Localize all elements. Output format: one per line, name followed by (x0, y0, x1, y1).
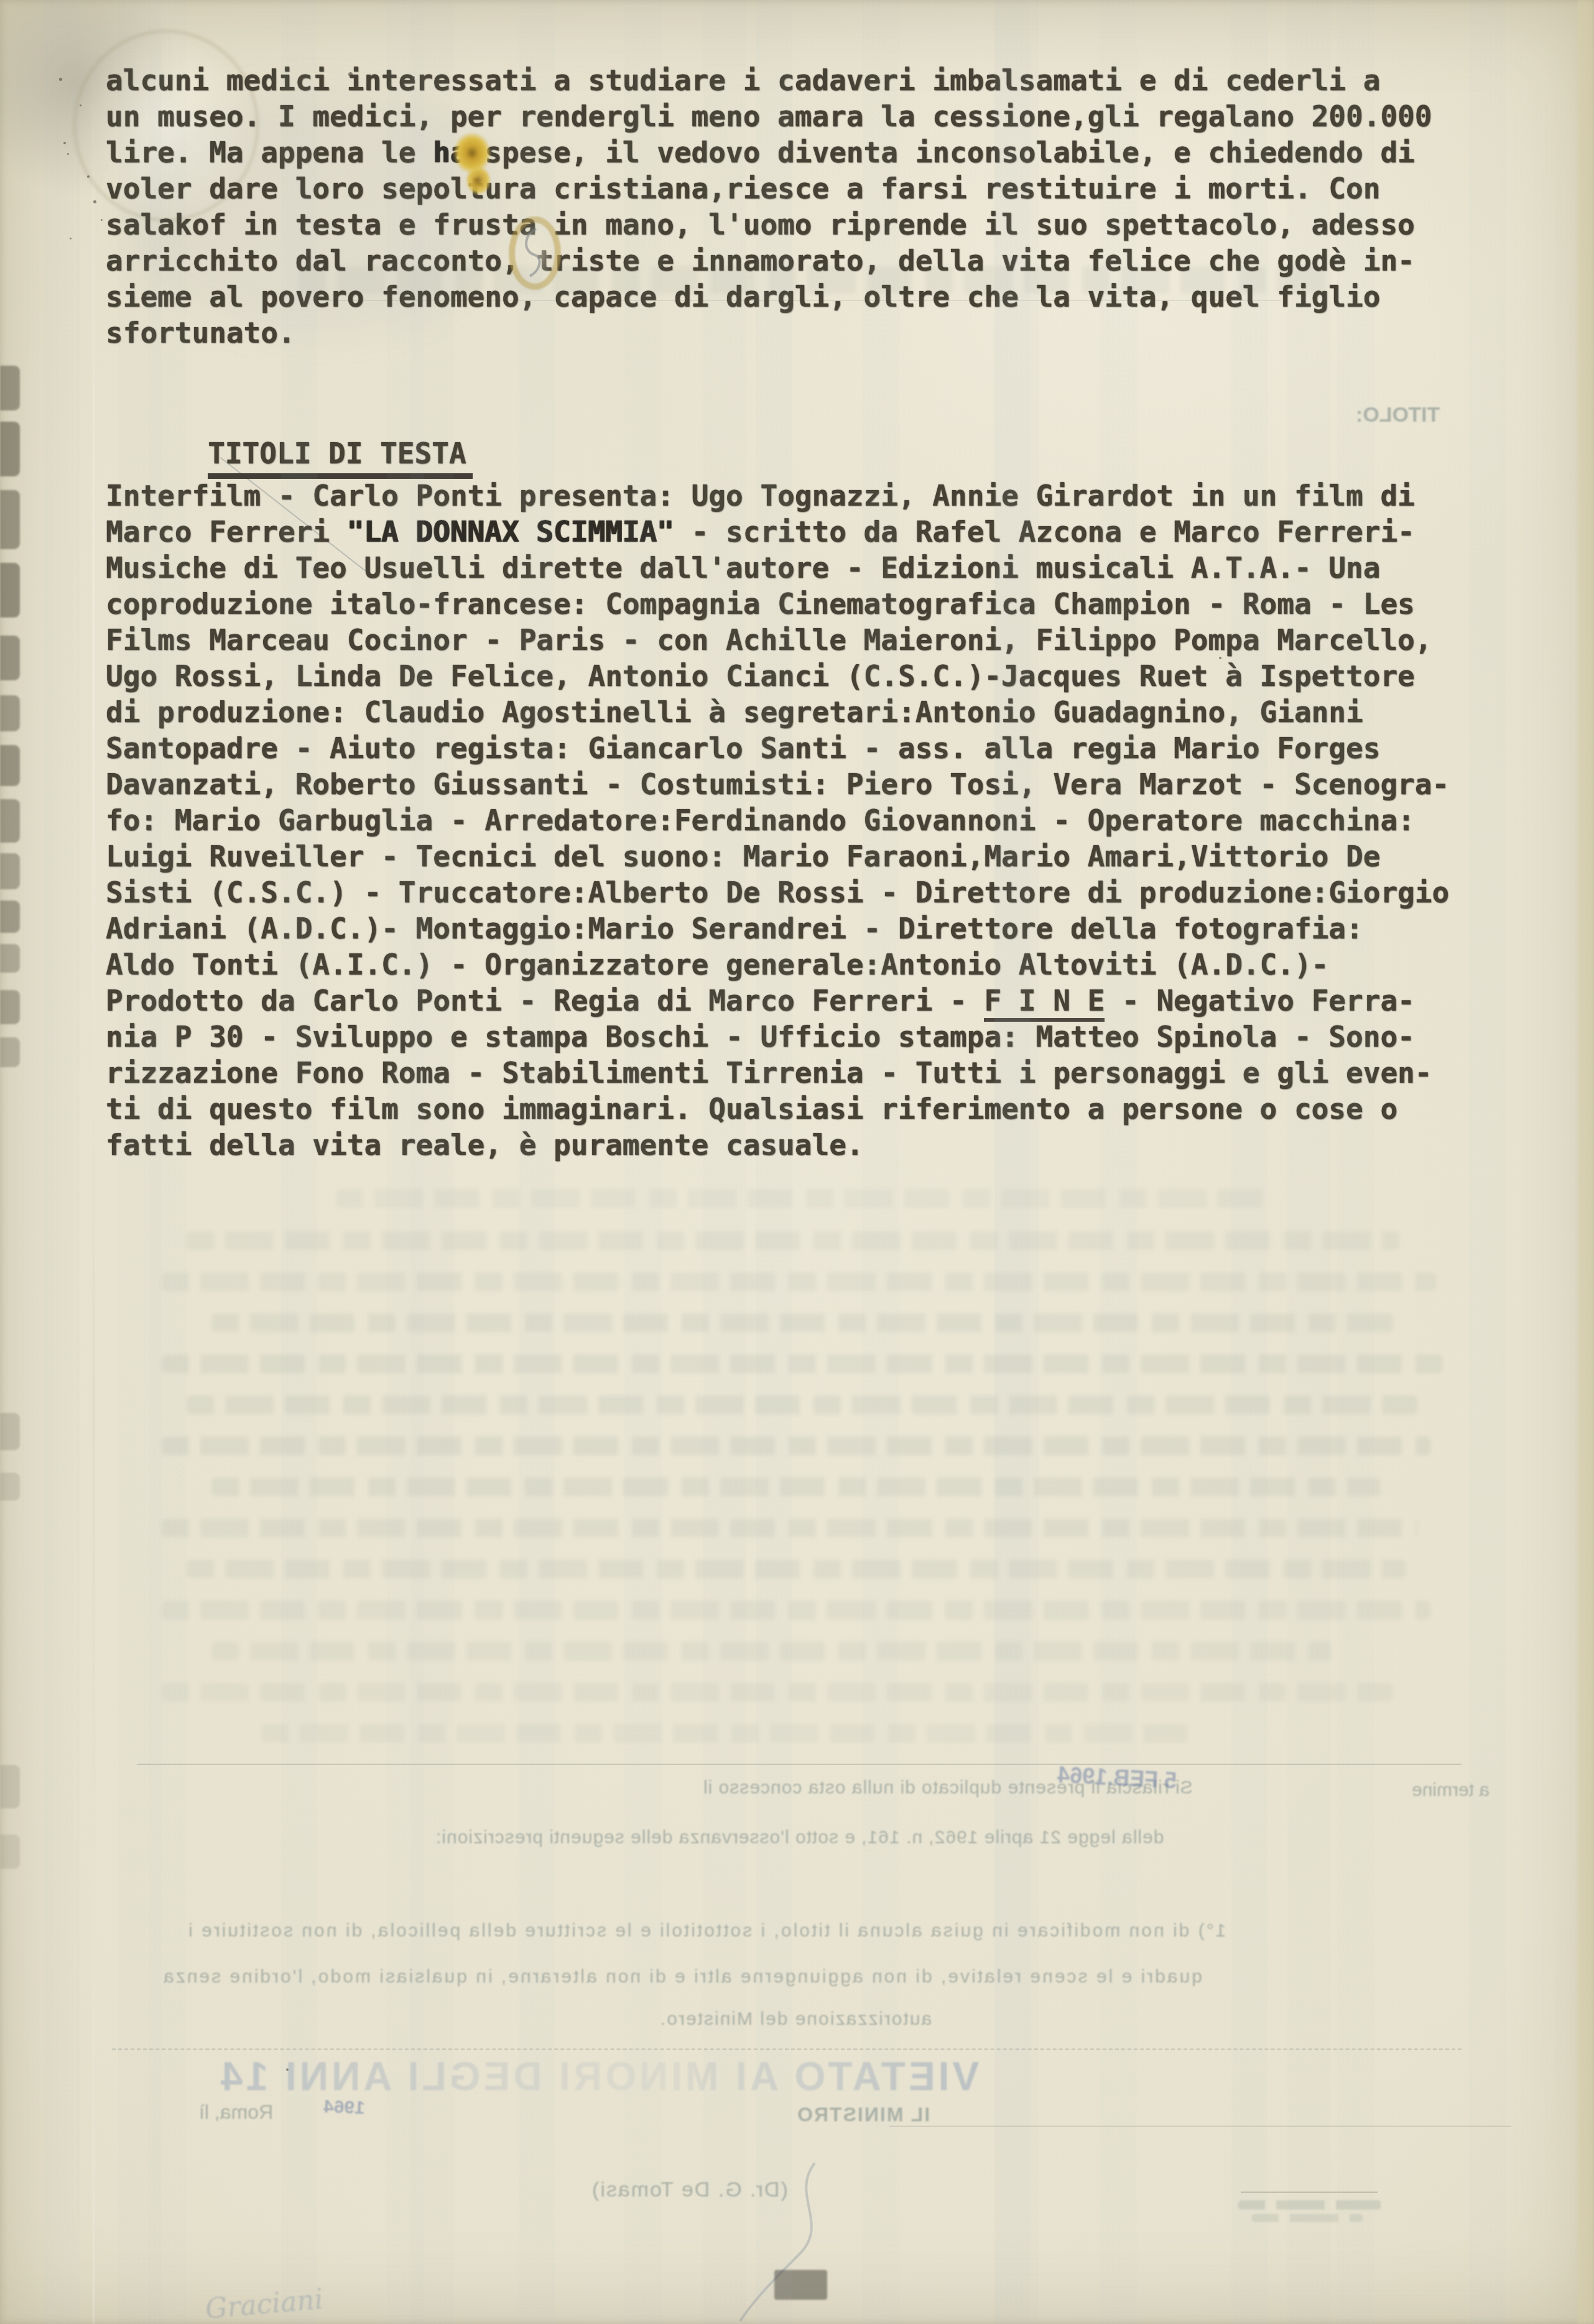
synopsis-line: sieme al povero fenomeno, capace di darg… (106, 279, 1432, 315)
synopsis-paragraph: alcuni medici interessati a studiare i c… (106, 62, 1432, 351)
credits-line: ti di questo film sono immaginari. Quals… (106, 1091, 1449, 1127)
credits-line: Interfilm - Carlo Ponti presenta: Ugo To… (106, 478, 1449, 514)
credits-line: coproduzione italo-francese: Compagnia C… (106, 586, 1449, 622)
credits-line: rizzazione Fono Roma - Stabilimenti Tirr… (106, 1055, 1449, 1091)
glue-stain-2 (465, 165, 491, 195)
synopsis-line: un museo. I medici, per rendergli meno a… (106, 98, 1432, 134)
credits-line: Santopadre - Aiuto regista: Giancarlo Sa… (106, 730, 1449, 766)
credits-line: Luigi Ruveiller - Tecnici del suono: Mar… (106, 838, 1449, 874)
credits-line: Adriani (A.D.C.)- Montaggio:Mario Serand… (106, 910, 1449, 947)
credits-line: Ugo Rossi, Linda De Felice, Antonio Cian… (106, 658, 1449, 694)
synopsis-line: sfortunato. (106, 315, 1432, 351)
credits-line: fatti della vita reale, è puramente casu… (106, 1127, 1449, 1163)
credits-line: fo: Mario Garbuglia - Arredatore:Ferdina… (106, 802, 1449, 838)
credits-line: Aldo Tonti (A.I.C.) - Organizzatore gene… (106, 947, 1449, 983)
glue-ring-stain (509, 216, 561, 290)
credits-line: di produzione: Claudio Agostinelli à seg… (106, 694, 1449, 730)
credits-line: Films Marceau Cocinor - Paris - con Achi… (106, 622, 1449, 658)
credits-paragraph: Interfilm - Carlo Ponti presenta: Ugo To… (106, 478, 1449, 1163)
synopsis-line: voler dare loro sepoltura cristiana,ries… (106, 170, 1432, 206)
synopsis-line: alcuni medici interessati a studiare i c… (106, 62, 1432, 98)
synopsis-line: arricchito dal racconto, triste e innamo… (106, 243, 1432, 279)
credits-line: nia P 30 - Sviluppo e stampa Boschi - Uf… (106, 1019, 1449, 1055)
section-heading: TITOLI DI TESTA (208, 435, 472, 479)
credits-line: Musiche di Teo Usuelli dirette dall'auto… (106, 550, 1449, 586)
credits-line: Prodotto da Carlo Ponti - Regia di Marco… (106, 983, 1449, 1019)
scanned-document-page: TITOLO: Si rilascia il presente duplicat… (0, 0, 1594, 2324)
overstruck-text: "LA DONNAX SCIMMIA" (347, 515, 674, 549)
credits-line: Sisti (C.S.C.) - Truccatore:Alberto De R… (106, 874, 1449, 910)
credits-line: Davanzati, Roberto Giussanti - Costumist… (106, 766, 1449, 802)
typewritten-ink-layer: alcuni medici interessati a studiare i c… (0, 0, 1594, 2324)
credits-line: Marco Ferreri "LA DONNAX SCIMMIA" - scri… (106, 514, 1449, 550)
overstruck-text: F I N E (984, 984, 1105, 1022)
synopsis-line: salakof in testa e frusta in mano, l'uom… (106, 206, 1432, 243)
synopsis-line: lire. Ma appena le ha spese, il vedovo d… (106, 134, 1432, 170)
